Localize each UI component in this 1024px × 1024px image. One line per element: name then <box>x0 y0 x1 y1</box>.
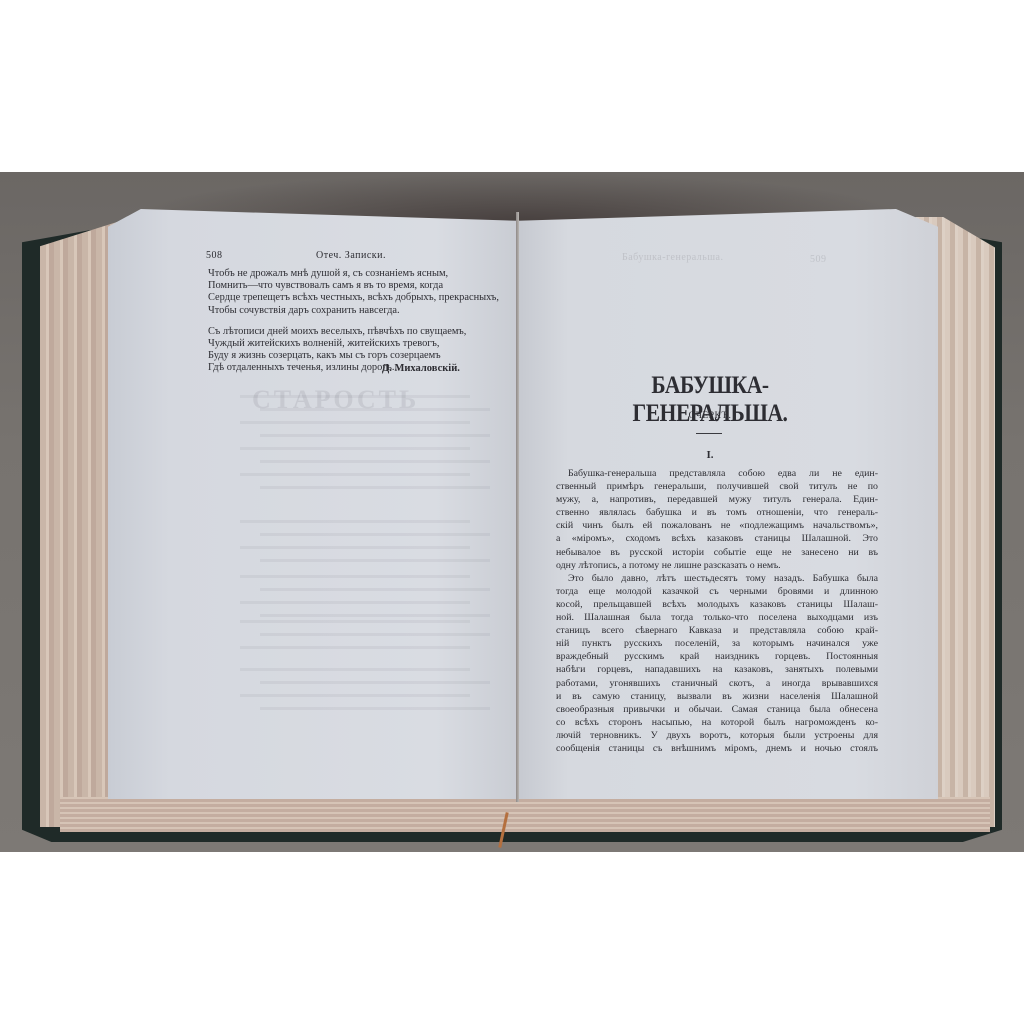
book-gutter <box>516 212 519 802</box>
bleed-through-line <box>260 588 490 591</box>
bleed-through-line <box>240 668 470 671</box>
bleed-through-line <box>260 408 490 411</box>
left-running-head: Отеч. Записки. <box>316 250 386 261</box>
body-line: тогда еще молодой казачкой съ черными бр… <box>556 585 878 598</box>
poem-author: Д. Михаловскій. <box>382 363 460 374</box>
body-line: косой, прельщавшей всѣхъ молодыхъ казако… <box>556 598 878 611</box>
bleed-through-line <box>260 559 490 562</box>
body-line: ной. Шалашная была тогда только-что посе… <box>556 611 878 624</box>
poem-line: Чтобъ не дрожалъ мнѣ душой я, съ сознані… <box>208 268 498 280</box>
bleed-through-line <box>240 447 470 450</box>
body-line: станицъ всего сѣвернаго Кавказа и предст… <box>556 624 878 637</box>
bleed-through-line <box>240 546 470 549</box>
bleed-through-line <box>240 421 470 424</box>
bleed-through-line <box>260 681 490 684</box>
bleed-through-line <box>260 486 490 489</box>
body-line: мужу, а, напротивъ, передавшей мужу титу… <box>556 493 878 506</box>
body-line: враждебный русскимъ край наиздникъ горце… <box>556 650 878 663</box>
bleed-through-line <box>240 520 470 523</box>
body-line: ственный примѣръ генеральши, получившей … <box>556 480 878 493</box>
body-line: и въ самую станицу, вызвали въ жизни нас… <box>556 690 878 703</box>
poem-line: Съ лѣтописи дней моихъ веселыхъ, пѣвчѣхъ… <box>208 326 498 338</box>
bleed-through-line <box>260 614 490 617</box>
right-page-number: 509 <box>810 254 827 265</box>
body-line: скій чинъ былъ ей пожалованъ не «подлежа… <box>556 519 878 532</box>
bleed-through-line <box>260 633 490 636</box>
poem-line: Чуждый житейскихъ волненій, житейскихъ т… <box>208 338 498 350</box>
body-line: одну лѣтопись, а потому не лишне разсказ… <box>556 559 878 572</box>
body-line: лючій терновникъ. У двухъ воротъ, которы… <box>556 729 878 742</box>
body-line: набѣги горцевъ, нападавшихъ на казаковъ,… <box>556 663 878 676</box>
bleed-through-line <box>240 601 470 604</box>
title-rule <box>696 433 722 434</box>
left-page-number: 508 <box>206 250 223 261</box>
bleed-through-line <box>240 646 470 649</box>
body-line: работами, угонявшихъ станичный скотъ, а … <box>556 677 878 690</box>
bleed-through-line <box>240 620 470 623</box>
body-line: со всѣхъ сторонъ насыпью, на которой был… <box>556 716 878 729</box>
body-line: ній пунктъ русскихъ поселеній, за которы… <box>556 637 878 650</box>
section-number: I. <box>565 449 855 461</box>
body-line: Это было давно, лѣтъ шестьдесятъ тому на… <box>556 572 878 585</box>
bleed-through-line <box>260 460 490 463</box>
body-line: своеобразныя привычки и обычаи. Самая ст… <box>556 703 878 716</box>
bleed-through-line <box>260 707 490 710</box>
chapter-subtitle: ОЧЕРКЪ. <box>565 411 855 421</box>
bleed-through-line <box>240 395 470 398</box>
bleed-through-line <box>240 575 470 578</box>
page-block-bottom-edge <box>60 797 990 832</box>
body-text: Бабушка-генеральша представляла собою ед… <box>556 467 878 755</box>
poem-line: Чтобы сочувствія даръ сохранить навсегда… <box>208 305 498 317</box>
bleed-through-line <box>240 694 470 697</box>
bleed-through-line <box>260 434 490 437</box>
body-line: а «міромъ», сходомъ всѣхъ казаковъ стани… <box>556 532 878 545</box>
poem-line: Буду я жизнь созерцать, какъ мы съ горъ … <box>208 350 498 362</box>
body-line: ственно являлась бабушка и въ томъ отнош… <box>556 506 878 519</box>
body-line: сообщенія станицы съ внѣшнимъ міромъ, дн… <box>556 742 878 755</box>
poem-line: Сердце трепещетъ всѣхъ честныхъ, всѣхъ д… <box>208 292 498 304</box>
poem-stanza: Чтобъ не дрожалъ мнѣ душой я, съ сознані… <box>208 268 498 317</box>
bleed-through-line <box>240 473 470 476</box>
poem-line: Помнить—что чувствовалъ самъ я въ то вре… <box>208 280 498 292</box>
right-running-head: Бабушка-генеральша. <box>622 252 723 263</box>
body-line: Бабушка-генеральша представляла собою ед… <box>556 467 878 480</box>
bleed-through-line <box>260 533 490 536</box>
body-line: небывалое въ русской исторіи событіе еще… <box>556 546 878 559</box>
